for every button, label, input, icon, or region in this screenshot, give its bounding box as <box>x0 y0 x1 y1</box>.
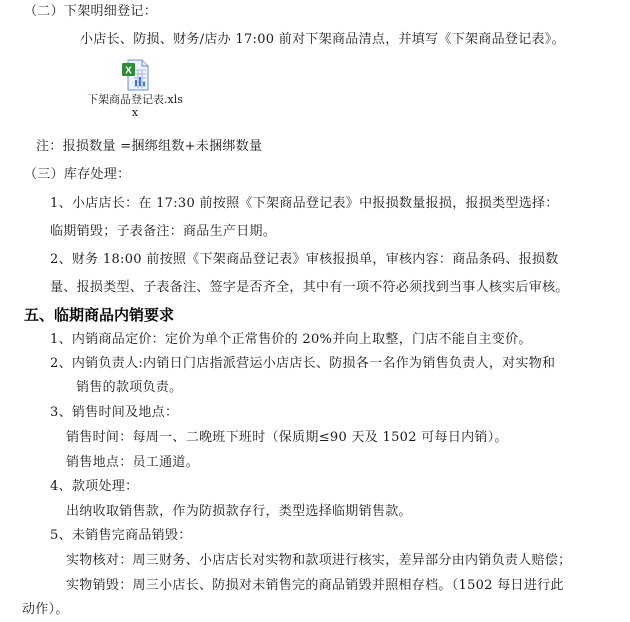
note-text: 注：报损数量 =捆绑组数+未捆绑数量 <box>36 139 262 155</box>
attachment-filename: 下架商品登记表.xls <box>80 93 190 106</box>
section-3-item-1-cont: 临期销毁；子表备注：商品生产日期。 <box>50 224 276 240</box>
section-3-title: （三）库存处理： <box>24 167 130 183</box>
svg-text:X: X <box>125 66 132 77</box>
section-5-item-5-title: 5、未销售完商品销毁： <box>50 528 192 544</box>
section-5-item-2: 2、内销负责人:内销日门店指派营运小店店长、防损各一名作为销售负责人，对实物和 <box>50 356 555 372</box>
sales-time: 销售时间：每周一、二晚班下班时（保质期≤90 天及 1502 可每日内销）。 <box>66 430 508 446</box>
physical-destroy-cont: 动作）。 <box>22 602 69 618</box>
section-5-item-4-title: 4、款项处理： <box>50 479 138 495</box>
attachment-filename-wrap: x <box>80 106 190 119</box>
section-5-item-2-cont: 销售的款项负责。 <box>76 380 182 396</box>
attachment-xlsx[interactable]: X 下架商品登记表.xls x <box>80 58 190 119</box>
section-3-item-1: 1、小店店长：在 17:30 前按照《下架商品登记表》中报损数量报损，报损类型选… <box>50 196 559 212</box>
section-5-heading: 五、临期商品内销要求 <box>24 306 174 324</box>
excel-file-icon: X <box>120 58 150 92</box>
sales-place: 销售地点：员工通道。 <box>66 455 199 471</box>
section-2-body: 小店长、防损、财务/店办 17:00 前对下架商品清点，并填写《下架商品登记表》… <box>80 32 565 48</box>
payment-handling: 出纳收取销售款，作为防损款存行，类型选择临期销售款。 <box>66 504 412 520</box>
section-2-title: （二）下架明细登记： <box>24 4 157 20</box>
physical-destroy: 实物销毁：周三小店长、防损对未销售完的商品销毁并照相存档。（1502 每日进行此 <box>66 578 564 594</box>
section-3-item-2: 2、财务 18:00 前按照《下架商品登记表》审核报损单，审核内容：商品条码、报… <box>50 252 559 268</box>
section-5-item-3-title: 3、销售时间及地点： <box>50 405 178 421</box>
section-3-item-2-cont: 量、报损类型、子表备注、签字是否齐全，其中有一项不符必须找到当事人核实后审核。 <box>50 280 569 296</box>
physical-check: 实物核对：周三财务、小店店长对实物和款项进行核实，差异部分由内销负责人赔偿； <box>66 553 571 569</box>
section-5-item-1: 1、内销商品定价：定价为单个正常售价的 20%并向上取整，门店不能自主变价。 <box>50 332 532 348</box>
